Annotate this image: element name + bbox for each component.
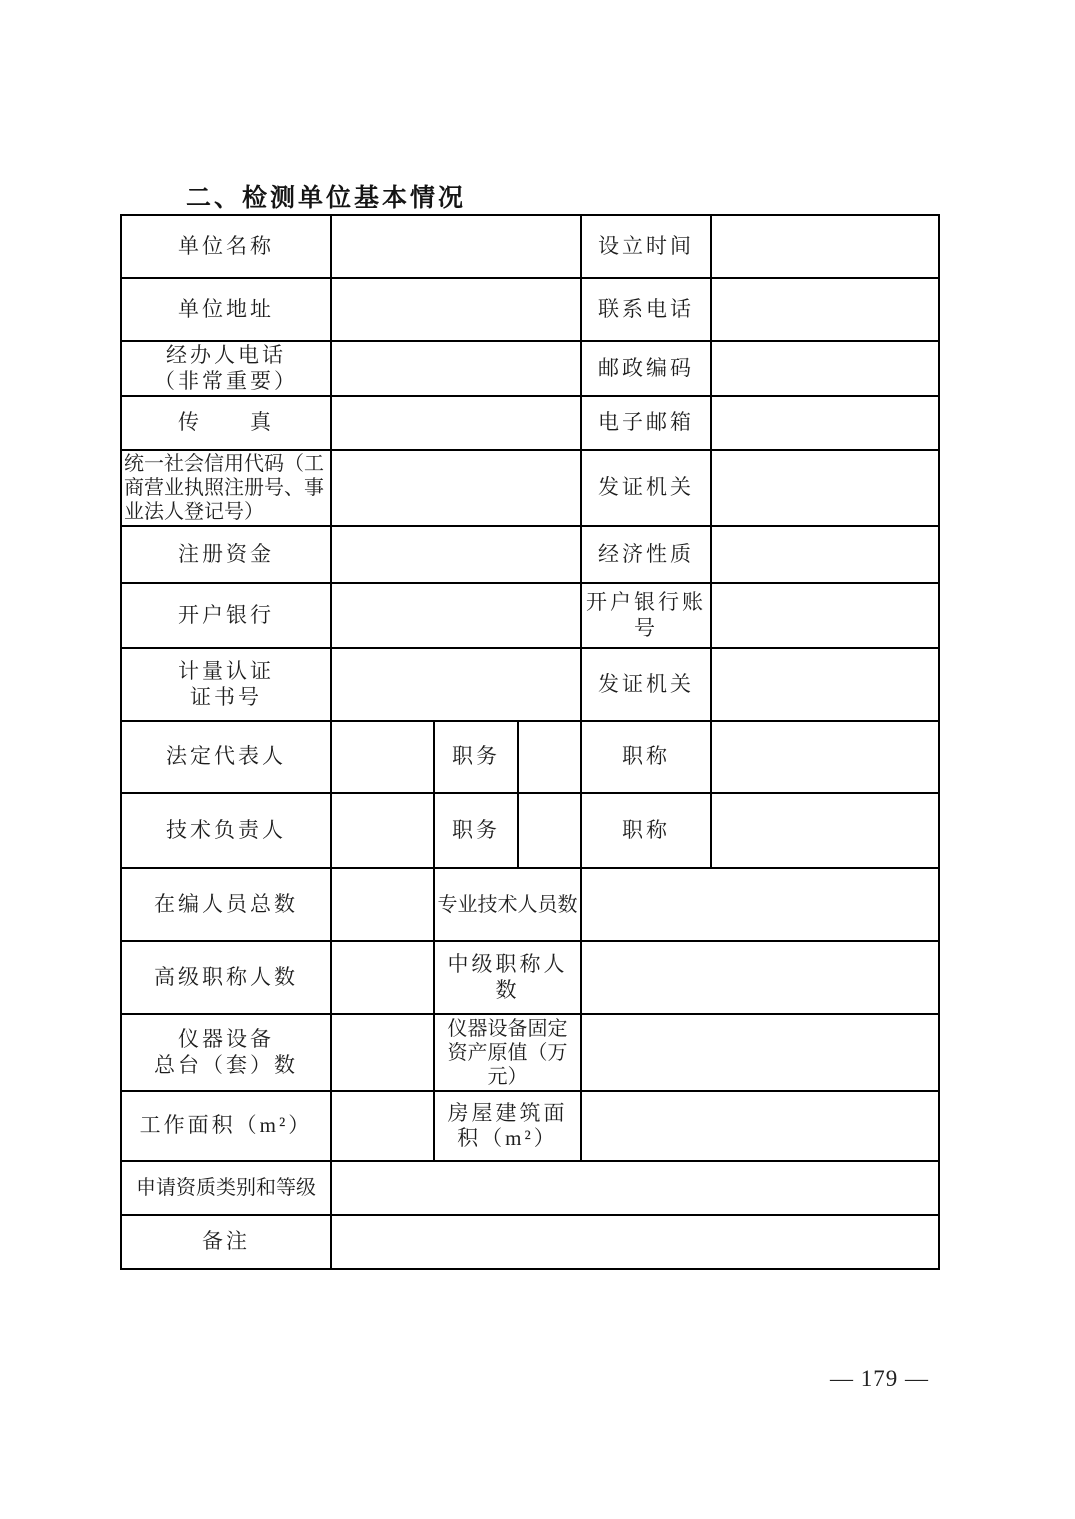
remark-label: 备注 — [121, 1215, 331, 1269]
legal-rep-label: 法定代表人 — [121, 721, 331, 793]
table-row: 申请资质类别和等级 — [121, 1161, 939, 1215]
unit-address-label: 单位地址 — [121, 278, 331, 341]
tech-leader-value — [331, 793, 434, 868]
postal-code-label: 邮政编码 — [581, 341, 711, 396]
contact-phone-label: 联系电话 — [581, 278, 711, 341]
remark-value — [331, 1215, 939, 1269]
issue-org-1-label: 发证机关 — [581, 450, 711, 526]
bank-account-value — [711, 583, 939, 648]
fax-label: 传 真 — [121, 396, 331, 450]
table-row: 在编人员总数 专业技术人员数 — [121, 868, 939, 941]
tech-staff-label: 专业技术人员数 — [434, 868, 581, 941]
email-value — [711, 396, 939, 450]
unit-address-value — [331, 278, 581, 341]
economic-nature-label: 经济性质 — [581, 526, 711, 583]
legal-rep-title-label: 职称 — [581, 721, 711, 793]
tech-staff-value — [581, 868, 939, 941]
bank-label: 开户银行 — [121, 583, 331, 648]
table-row: 单位名称 设立时间 — [121, 215, 939, 278]
table-row: 经办人电话 （非常重要） 邮政编码 — [121, 341, 939, 396]
table-row: 计量认证 证书号 发证机关 — [121, 648, 939, 721]
agent-phone-label: 经办人电话 （非常重要） — [121, 341, 331, 396]
unit-name-value — [331, 215, 581, 278]
equip-value-label: 仪器设备固定 资产原值（万 元） — [434, 1014, 581, 1091]
work-area-value — [331, 1091, 434, 1161]
tech-leader-title-label: 职称 — [581, 793, 711, 868]
tech-leader-duty-value — [518, 793, 581, 868]
fax-value — [331, 396, 581, 450]
legal-rep-duty-value — [518, 721, 581, 793]
building-area-label: 房屋建筑面 积（m²） — [434, 1091, 581, 1161]
senior-title-label: 高级职称人数 — [121, 941, 331, 1014]
tech-leader-label: 技术负责人 — [121, 793, 331, 868]
table-row: 开户银行 开户银行账 号 — [121, 583, 939, 648]
agent-phone-value — [331, 341, 581, 396]
email-label: 电子邮箱 — [581, 396, 711, 450]
qualification-value — [331, 1161, 939, 1215]
document-page: 二、检测单位基本情况 单位名称 设立时间 单位地址 联系电话 经办人电话 （非常… — [0, 0, 1075, 1519]
economic-nature-value — [711, 526, 939, 583]
table-row: 统一社会信用代码（工 商营业执照注册号、事 业法人登记号） 发证机关 — [121, 450, 939, 526]
postal-code-value — [711, 341, 939, 396]
staff-total-value — [331, 868, 434, 941]
metrology-cert-label: 计量认证 证书号 — [121, 648, 331, 721]
tech-leader-title-value — [711, 793, 939, 868]
senior-title-value — [331, 941, 434, 1014]
legal-rep-duty-label: 职务 — [434, 721, 518, 793]
establish-time-label: 设立时间 — [581, 215, 711, 278]
credit-code-value — [331, 450, 581, 526]
table-row: 法定代表人 职务 职称 — [121, 721, 939, 793]
building-area-value — [581, 1091, 939, 1161]
credit-code-label: 统一社会信用代码（工 商营业执照注册号、事 业法人登记号） — [121, 450, 331, 526]
table-row: 工作面积（m²） 房屋建筑面 积（m²） — [121, 1091, 939, 1161]
legal-rep-title-value — [711, 721, 939, 793]
reg-capital-label: 注册资金 — [121, 526, 331, 583]
contact-phone-value — [711, 278, 939, 341]
table-row: 备注 — [121, 1215, 939, 1269]
table-row: 注册资金 经济性质 — [121, 526, 939, 583]
basic-info-form-table: 单位名称 设立时间 单位地址 联系电话 经办人电话 （非常重要） 邮政编码 传 … — [120, 214, 940, 1270]
table-row: 技术负责人 职务 职称 — [121, 793, 939, 868]
bank-value — [331, 583, 581, 648]
middle-title-label: 中级职称人 数 — [434, 941, 581, 1014]
table-row: 仪器设备 总台（套）数 仪器设备固定 资产原值（万 元） — [121, 1014, 939, 1091]
qualification-label: 申请资质类别和等级 — [121, 1161, 331, 1215]
issue-org-2-value — [711, 648, 939, 721]
table-row: 传 真 电子邮箱 — [121, 396, 939, 450]
middle-title-value — [581, 941, 939, 1014]
legal-rep-value — [331, 721, 434, 793]
establish-time-value — [711, 215, 939, 278]
work-area-label: 工作面积（m²） — [121, 1091, 331, 1161]
metrology-cert-value — [331, 648, 581, 721]
unit-name-label: 单位名称 — [121, 215, 331, 278]
issue-org-2-label: 发证机关 — [581, 648, 711, 721]
section-title: 二、检测单位基本情况 — [186, 178, 466, 214]
issue-org-1-value — [711, 450, 939, 526]
page-number: — 179 — — [830, 1366, 929, 1392]
tech-leader-duty-label: 职务 — [434, 793, 518, 868]
equip-value-value — [581, 1014, 939, 1091]
equip-count-label: 仪器设备 总台（套）数 — [121, 1014, 331, 1091]
table-row: 单位地址 联系电话 — [121, 278, 939, 341]
reg-capital-value — [331, 526, 581, 583]
staff-total-label: 在编人员总数 — [121, 868, 331, 941]
bank-account-label: 开户银行账 号 — [581, 583, 711, 648]
table-row: 高级职称人数 中级职称人 数 — [121, 941, 939, 1014]
equip-count-value — [331, 1014, 434, 1091]
